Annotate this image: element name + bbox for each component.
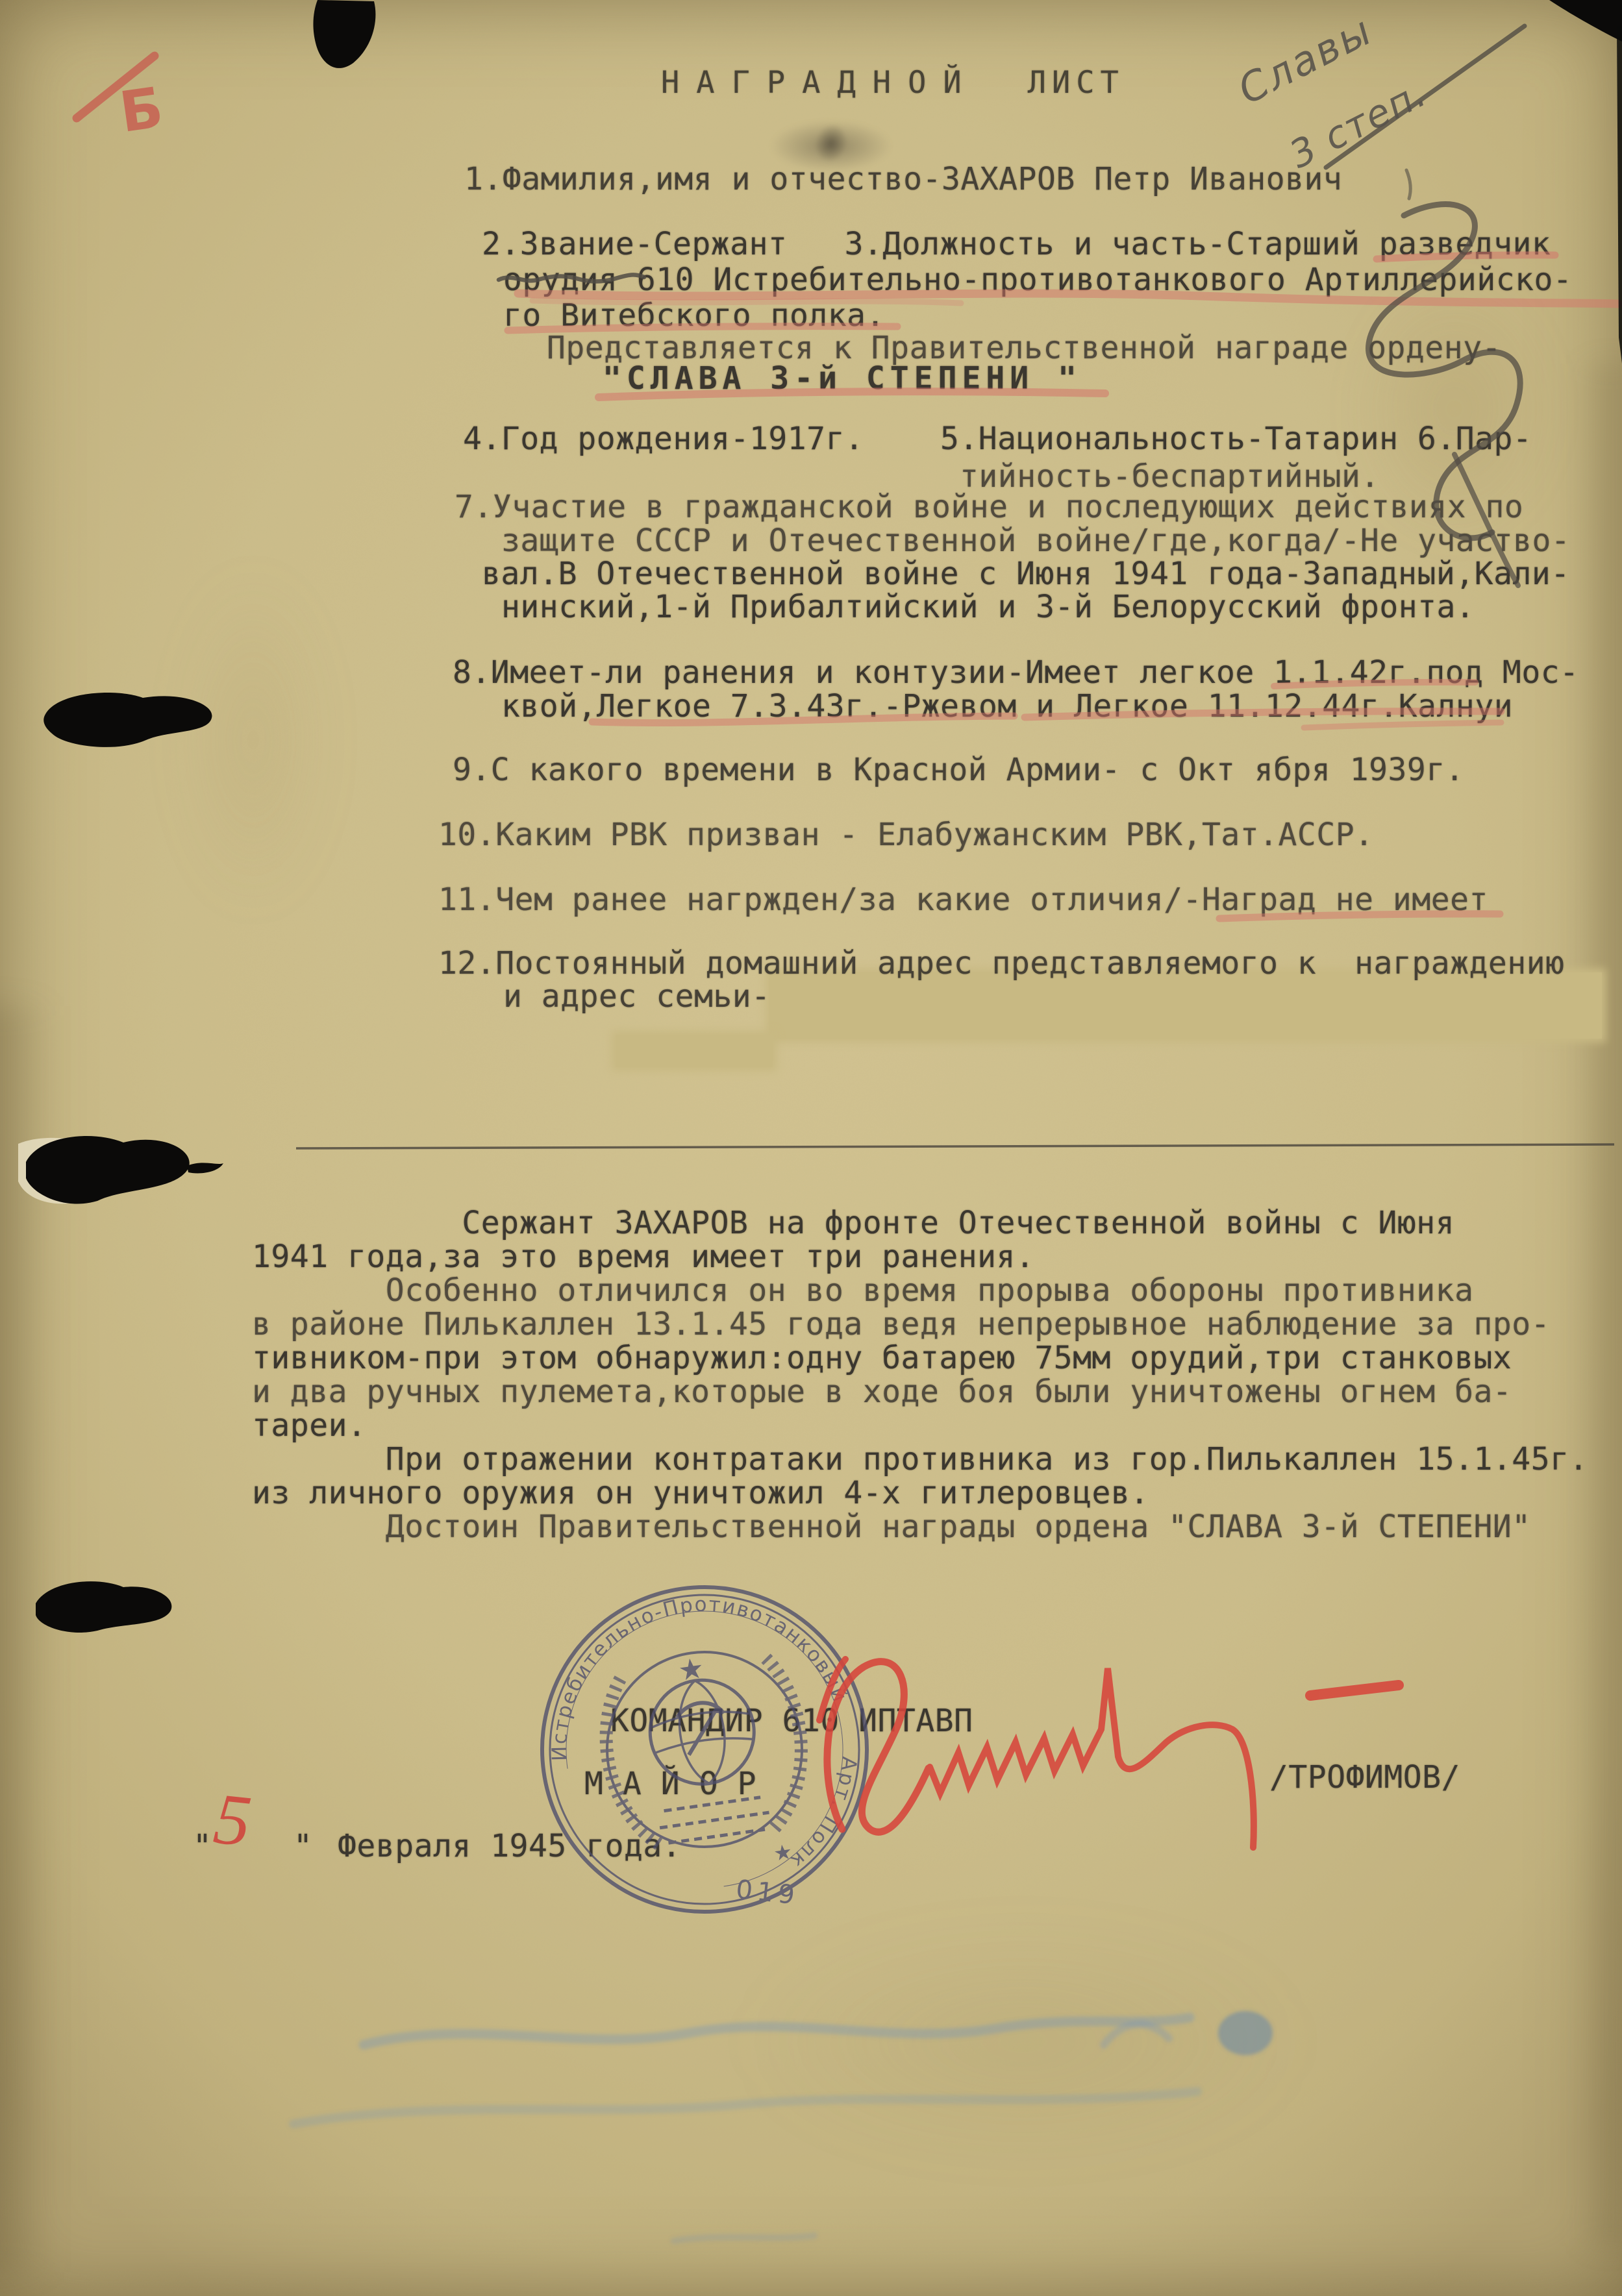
punch-hole-blob-2	[26, 1136, 190, 1204]
award-sheet-document: НАГРАДНОЙЛИСТ 1.Фамилия,имя и отчество-З…	[0, 0, 1622, 2296]
punch-hole-blob-2-tail	[187, 1163, 223, 1173]
top-edge-blob	[313, 0, 375, 68]
punch-hole-blob-3	[36, 1581, 171, 1633]
scan-artifacts	[0, 0, 1622, 2296]
punch-hole-blob-1	[44, 693, 212, 747]
right-edge-sliver	[1617, 26, 1622, 364]
top-right-corner-wedge	[1549, 0, 1622, 42]
